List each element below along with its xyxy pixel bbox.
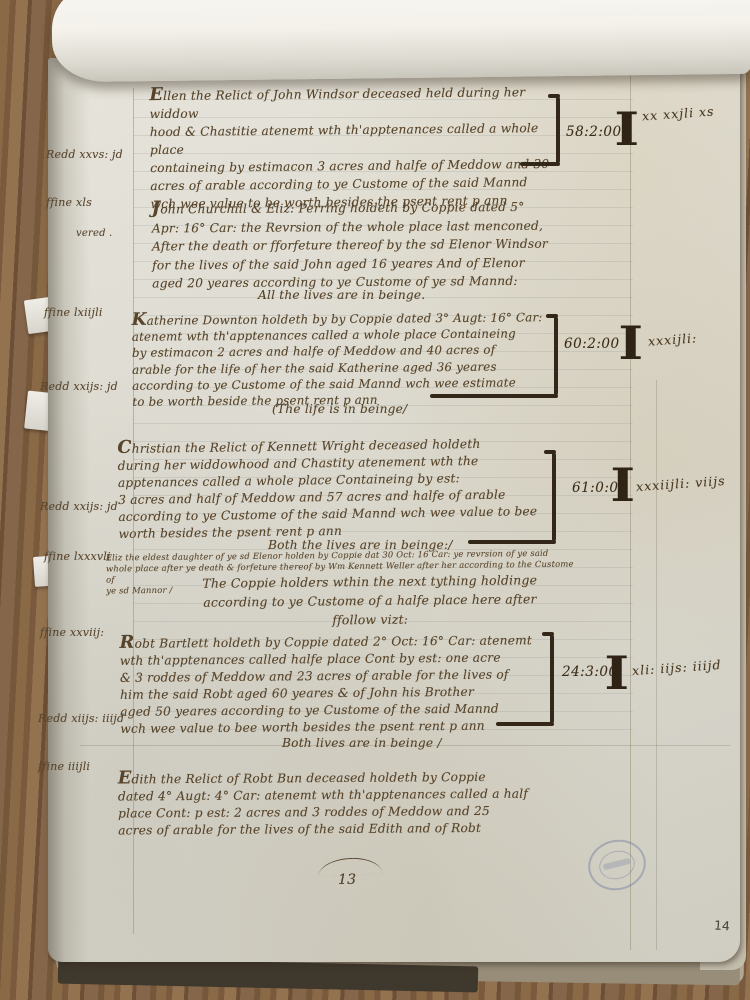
margin-note-rent: Redd xxijs: jd: [40, 380, 118, 393]
margin-note-rent: Redd xxijs: jd: [40, 500, 118, 513]
curled-previous-page: [51, 0, 750, 82]
margin-note-fine: ffine xxviij:: [40, 626, 104, 639]
section-note: The Coppie holders wthin the next tythin…: [170, 570, 571, 631]
entry-bartlett-bracket: [490, 634, 554, 724]
margin-note-fine: ffine xls: [46, 196, 92, 209]
folio-number: 13: [338, 872, 356, 888]
margin-note-rent: Redd xiijs: iiijd: [38, 712, 124, 725]
sum-divider-mark: I: [610, 462, 635, 508]
margin-note-vered: vered .: [76, 228, 112, 239]
next-leaf-number: 14: [713, 917, 730, 933]
margin-note-fine: ffine iiijli: [38, 760, 90, 773]
entry-windsor-value: 58:2:00: [566, 124, 622, 140]
sum-divider-mark: I: [614, 106, 639, 152]
entry-windsor-body: Ellen the Relict of John Windsor decease…: [149, 82, 558, 213]
sum-divider-mark: I: [604, 650, 629, 696]
entry-wright-bracket: [462, 452, 556, 542]
margin-note-fine: ffine lxiijli: [44, 306, 103, 319]
entry-downton-value: 60:2:00: [564, 336, 620, 352]
entry-bun-body: Edith the Relict of Robt Bun deceased ho…: [118, 766, 548, 839]
entry-downton-bracket: [424, 316, 558, 396]
entry-bartlett-tail: Both lives are in beinge /: [282, 736, 442, 750]
entry-churchill-body: John Churchill & Eliz: Perring holdeth b…: [152, 197, 573, 293]
sum-divider-mark: I: [618, 320, 643, 366]
margin-note-rent: Redd xxvs: jd: [46, 148, 123, 161]
entry-churchill-tail: All the lives are in beinge.: [258, 288, 425, 302]
margin-note-fine: ffine lxxxvli: [44, 550, 111, 563]
entry-downton-tail: (The life is in beinge/: [272, 402, 407, 416]
entry-windsor-bracket: [514, 96, 560, 164]
entry-bartlett-body: Robt Bartlett holdeth by Coppie dated 2°…: [120, 630, 549, 738]
